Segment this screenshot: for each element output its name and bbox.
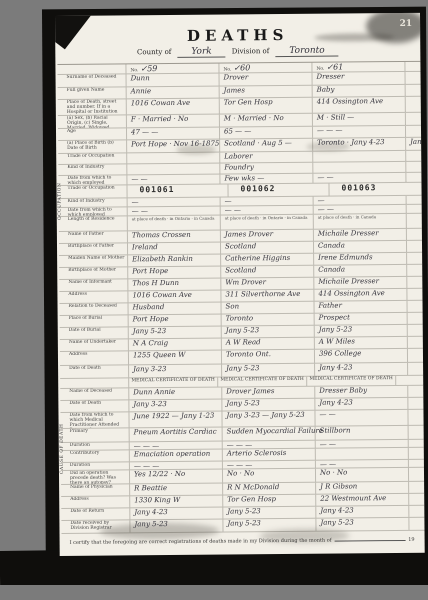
- row-label-trade1: Trade or Occupation: [58, 153, 126, 164]
- cell-employed2-record1: — —: [127, 207, 220, 216]
- cell-cause-duration1-record4: [408, 440, 425, 447]
- cell-medcert-record4: [395, 376, 425, 385]
- cell-cause-primary-record1: Pneum Aortitis Cardiac: [129, 428, 222, 442]
- row-label-industry1: Kind of Industry: [58, 164, 126, 175]
- footer: I certify that the foregoing are correct…: [60, 534, 425, 556]
- cell-father-record4: [406, 229, 425, 240]
- cell-informant-record4: [406, 277, 424, 288]
- cell-med-date-of-death-record3: Jany 4-23: [314, 398, 407, 410]
- cell-date-of-death-record1: Jany 3-23: [128, 365, 221, 378]
- row-label-burial-place: Place of Burial: [60, 315, 128, 327]
- record-number: 59: [147, 64, 157, 73]
- row-label-attended: Date from which to which Medical Practit…: [60, 412, 128, 428]
- year-suffix: 19: [408, 537, 414, 543]
- cell-operation-autopsy-record2: No · No: [222, 469, 315, 483]
- cell-mother-record2: Catherine Higgins: [220, 254, 313, 266]
- cell-cause-duration1-record1: — — —: [129, 442, 222, 450]
- cell-date-of-death-record2: Jany 5-23: [221, 364, 314, 377]
- cell-physician-address-record2: Tor Gen Hosp: [222, 495, 315, 507]
- cell-place-of-death-record1: 1016 Cowan Ave: [126, 99, 219, 115]
- cell-employed1-record3: — —: [312, 173, 405, 183]
- cell-mother-record1: Elizabeth Rankin: [127, 255, 220, 267]
- row-label-stamp: Trade or Occupation: [58, 185, 126, 198]
- division-label: Division of: [232, 47, 270, 55]
- cell-burial-date-record2: Jany 5-23: [221, 326, 314, 338]
- row-label-med-name: Name of Deceased: [60, 388, 128, 400]
- cell-employed1-record2: Few wks —: [219, 174, 312, 184]
- cell-burial-place-record3: Prospect: [314, 313, 407, 325]
- certify-text: I certify that the foregoing are correct…: [70, 538, 332, 546]
- cell-industry1-record1: [126, 164, 219, 175]
- row-label-cause-duration2: Duration: [61, 462, 129, 470]
- cell-burial-place-record2: Toronto: [221, 314, 314, 326]
- cell-cause-contributory-record3: [315, 448, 408, 460]
- cell-trade1-record3: [312, 151, 405, 162]
- row-label-place-of-death: Place of Death, street and number. If in…: [58, 99, 126, 115]
- cell-cause-primary-record3: Stillborn: [315, 426, 408, 440]
- cell-return-date-record3: Jany 4-23: [315, 506, 408, 518]
- cell-burial-date-record1: Jany 5-23: [128, 327, 221, 339]
- cell-father-birthplace-record3: Canada: [313, 241, 406, 253]
- cell-givenname-record2: James: [219, 86, 312, 98]
- row-label-return-date: Date of Return: [61, 508, 129, 520]
- cell-cause-duration2-record3: — —: [315, 460, 408, 468]
- row-label-birth: (a) Place of Birth (b) Date of Birth: [58, 140, 126, 153]
- cell-trade1-record1: [126, 153, 219, 164]
- cell-stamp-record3: 001063: [328, 183, 424, 196]
- cell-undertaker-address-record2: Toronto Ont.: [221, 350, 314, 364]
- cell-surname-record3: Dresser: [312, 72, 405, 85]
- cell-father-record2: James Drover: [220, 230, 313, 242]
- row-label-medcert: [60, 378, 128, 388]
- row-label-employed2: Date from which to which employed: [59, 207, 127, 216]
- county-label: County of: [137, 48, 171, 56]
- cell-father-birthplace-record2: Scotland: [220, 242, 313, 254]
- cell-informant-address-record1: 1016 Cowan Ave: [127, 291, 220, 303]
- cell-cause-duration1-record2: — — —: [222, 441, 315, 449]
- cell-physician-address-record4: [408, 494, 425, 505]
- no-label: No.: [130, 68, 138, 73]
- cell-operation-autopsy-record3: No · No: [315, 468, 408, 482]
- cell-physician-address-record3: 22 Westmount Ave: [315, 494, 408, 506]
- cell-recno-record2: No.✓60: [218, 63, 311, 73]
- row-label-date-of-death: Date of Death: [60, 365, 128, 378]
- cell-father-record1: Thomas Crossen: [127, 231, 220, 243]
- cell-age-record1: 47 — —: [126, 128, 219, 140]
- page-title: DEATHS: [55, 25, 420, 46]
- cell-undertaker-address-record4: [407, 349, 425, 362]
- row-label-recno: [57, 64, 125, 74]
- cell-informant-record1: Thos H Dunn: [127, 279, 220, 291]
- cell-burial-place-record4: [407, 313, 425, 324]
- cell-medcert-record3: MEDICAL CERTIFICATE OF DEATH: [306, 376, 395, 386]
- cell-place-of-death-record3: 414 Ossington Ave: [312, 97, 405, 113]
- cell-undertaker-record2: A W Read: [221, 338, 314, 350]
- cell-informant-address-record4: [406, 289, 424, 300]
- cell-med-name-record4: [407, 386, 424, 397]
- row-label-residence: Length of Residence: [59, 216, 127, 231]
- cell-received-date-record3: Jany 5-23: [315, 518, 408, 531]
- cell-employed1-record1: — —: [126, 175, 219, 185]
- cell-cause-duration2-record1: — — —: [129, 462, 222, 470]
- cell-date-of-death-record3: Jany 4-23: [314, 363, 407, 376]
- cell-attended-record4: [407, 410, 424, 425]
- cell-relation-record4: [406, 301, 424, 312]
- cell-operation-autopsy-record4: [408, 468, 425, 481]
- page-header: DEATHS County of York Division of Toront…: [55, 13, 420, 64]
- cell-operation-autopsy-record1: Yes 12/22 · No: [129, 470, 222, 484]
- page-number: 21: [400, 19, 413, 29]
- cell-relation-record3: Father: [314, 301, 407, 313]
- cell-sex-marital-record2: M · Married · No: [219, 114, 312, 127]
- cell-employed2-record2: — —: [220, 206, 313, 215]
- cell-undertaker-address-record3: 396 College: [314, 349, 407, 363]
- form-row-received-date: Date received by Division RegistrarJany …: [61, 518, 424, 534]
- cell-undertaker-address-record1: 1255 Queen W: [128, 351, 221, 365]
- cell-birth-record1: Port Hope · Nov 16-1875: [126, 140, 219, 153]
- side-label-cause: CAUSE OF DEATH: [60, 424, 65, 474]
- row-label-burial-date: Date of Burial: [60, 327, 128, 339]
- row-label-physician: Name of Physician: [61, 484, 129, 496]
- row-label-industry2: Kind of Industry: [59, 198, 127, 207]
- cell-relation-record2: Son: [221, 302, 314, 314]
- cell-mother-birthplace-record3: Canada: [313, 265, 406, 277]
- blank-line: [335, 534, 406, 542]
- cell-industry2-record3: —: [313, 196, 406, 205]
- no-label: No.: [316, 67, 324, 72]
- row-label-father-birthplace: Birthplace of Father: [59, 243, 127, 255]
- cell-father-record3: Michaile Dresser: [313, 229, 406, 241]
- row-label-received-date: Date received by Division Registrar: [61, 520, 129, 533]
- cell-physician-record1: R Beattie: [129, 484, 222, 496]
- cell-physician-record2: R N McDonald: [222, 483, 315, 495]
- cell-physician-address-record1: 1330 King W: [129, 496, 222, 508]
- row-label-physician-address: Address: [61, 496, 129, 508]
- cell-informant-record2: Wm Drover: [220, 278, 313, 290]
- cell-return-date-record4: [408, 506, 424, 517]
- row-label-cause-contributory: Contributory: [61, 450, 129, 462]
- cell-informant-address-record2: 311 Silverthorne Ave: [220, 290, 313, 302]
- cell-physician-record3: J R Gibson: [315, 482, 408, 494]
- certification-line: I certify that the foregoing are correct…: [70, 534, 415, 546]
- cell-mother-record3: Irene Edmunds: [313, 253, 406, 265]
- cell-sex-marital-record3: M · Still —: [312, 113, 405, 126]
- row-label-undertaker-address: Address: [60, 351, 128, 365]
- cell-birth-record2: Scotland · Aug 5 —: [219, 139, 312, 152]
- cell-attended-record2: Jany 3-23 — Jany 5-23: [221, 411, 314, 427]
- row-label-cause-primary: Primary: [61, 428, 129, 442]
- form-rows: No.✓59No.✓60No.✓61Surname of DeceasedDun…: [57, 61, 424, 534]
- cell-cause-duration1-record3: — —: [315, 440, 408, 448]
- cell-med-name-record3: Dresser Baby: [314, 386, 407, 398]
- cell-cause-primary-record4: [408, 426, 425, 439]
- cell-med-date-of-death-record1: Jany 3-23: [128, 400, 221, 412]
- side-label-occupation: OCCUPATION: [57, 183, 62, 220]
- cell-medcert-record1: MEDICAL CERTIFICATE OF DEATH: [128, 378, 217, 388]
- cell-medcert-record2: MEDICAL CERTIFICATE OF DEATH: [217, 377, 306, 387]
- row-label-operation-autopsy: Did an operation precede death? Was ther…: [61, 470, 129, 484]
- row-label-mother-birthplace: Birthplace of Mother: [59, 267, 127, 279]
- row-label-father: Name of Father: [59, 231, 127, 243]
- cell-industry2-record1: —: [127, 198, 220, 207]
- cell-cause-contributory-record4: [408, 448, 425, 459]
- county-division-line: County of York Division of Toronto: [55, 45, 420, 59]
- cell-attended-record3: — —: [314, 410, 407, 426]
- row-label-givenname: Full given Name: [58, 87, 126, 99]
- cell-med-date-of-death-record2: Jany 5-23: [221, 399, 314, 411]
- cell-undertaker-record3: A W Miles: [314, 337, 407, 349]
- cell-mother-birthplace-record2: Scotland: [220, 266, 313, 278]
- cell-givenname-record1: Annie: [126, 87, 219, 99]
- cell-residence-record3: at place of death · in Canada: [313, 214, 406, 229]
- cell-date-of-death-record4: [407, 363, 425, 375]
- cell-cause-duration2-record2: — — —: [222, 461, 315, 469]
- cell-cause-contributory-record1: Emaciation operation: [129, 450, 222, 462]
- cell-undertaker-record4: [407, 337, 425, 348]
- cell-med-name-record1: Dunn Annie: [128, 388, 221, 400]
- cell-birth-record3: Toronto · Jany 4-23: [312, 138, 405, 151]
- photo-margin-bottom: [0, 585, 428, 600]
- row-label-relation: Relation to Deceased: [60, 303, 128, 315]
- row-label-informant: Name of Informant: [59, 279, 127, 291]
- register-page: 21 DEATHS County of York Division of Tor…: [55, 13, 425, 556]
- cell-mother-birthplace-record1: Port Hope: [127, 267, 220, 279]
- cell-employed2-record3: — —: [313, 205, 406, 214]
- cell-informant-record3: Michaile Dresser: [313, 277, 406, 289]
- cell-attended-record1: June 1922 — Jany 1-23: [128, 412, 221, 428]
- cell-cause-contributory-record2: Arterio Sclerosis: [222, 449, 315, 461]
- cell-received-date-record1: Jany 5-23: [129, 520, 222, 533]
- record-number: 61: [333, 62, 343, 71]
- cell-cause-primary-record2: Sudden Myocardial Failure: [222, 427, 315, 441]
- cell-age-record2: 65 — —: [219, 127, 312, 139]
- cell-place-of-death-record2: Tor Gen Hosp: [219, 98, 312, 114]
- cell-recno-record3: No.✓61: [311, 62, 404, 72]
- cell-received-date-record4: [408, 518, 424, 530]
- row-label-informant-address: Address: [59, 291, 127, 303]
- cell-informant-address-record3: 414 Ossington Ave: [313, 289, 406, 301]
- cell-undertaker-record1: N A Craig: [128, 339, 221, 351]
- cell-burial-date-record3: Jany 5-23: [314, 325, 407, 337]
- cell-stamp-record1: 001061: [126, 185, 227, 198]
- cell-father-birthplace-record1: Ireland: [127, 243, 220, 255]
- row-label-undertaker: Name of Undertaker: [60, 339, 128, 351]
- cell-burial-place-record1: Port Hope: [128, 315, 221, 327]
- cell-age-record3: — — —: [312, 126, 405, 138]
- cell-industry1-record3: [312, 162, 405, 173]
- cell-relation-record1: Husband: [128, 303, 221, 315]
- cell-sex-marital-record1: F · Married · No: [126, 115, 219, 128]
- cell-mother-record4: [406, 253, 425, 264]
- no-label: No.: [223, 67, 231, 72]
- row-label-surname: Surname of Deceased: [58, 74, 126, 87]
- cell-residence-record1: at place of death · in Ontario · in Cana…: [127, 216, 220, 231]
- cell-return-date-record1: Jany 4-23: [129, 508, 222, 520]
- cell-trade1-record2: Laborer: [219, 152, 312, 163]
- cell-return-date-record2: Jany 5-23: [222, 507, 315, 519]
- cell-physician-record4: [408, 482, 425, 493]
- cell-father-birthplace-record4: [406, 241, 425, 252]
- cell-givenname-record3: Baby: [312, 85, 405, 97]
- cell-cause-duration2-record4: [408, 460, 425, 467]
- cell-received-date-record2: Jany 5-23: [222, 519, 315, 532]
- cell-recno-record1: No.✓59: [125, 64, 218, 74]
- cell-surname-record2: Drover: [219, 73, 312, 86]
- row-label-age: Age: [58, 128, 126, 140]
- record-number: 60: [240, 63, 250, 72]
- cell-stamp-record2: 001062: [227, 184, 328, 197]
- cell-industry1-record2: Foundry: [219, 163, 312, 174]
- cell-med-date-of-death-record4: [407, 398, 424, 409]
- division-value: Toronto: [275, 46, 338, 58]
- cell-burial-date-record4: [407, 325, 425, 336]
- row-label-mother: Maiden Name of Mother: [59, 255, 127, 267]
- row-label-med-date-of-death: Date of Death: [60, 400, 128, 412]
- cell-industry2-record2: —: [220, 197, 313, 206]
- cell-residence-record2: at place of death · in Ontario · in Cana…: [220, 215, 313, 230]
- row-label-employed1: Date from which to which employed: [58, 175, 126, 185]
- row-label-sex-marital: (a) Sex, (b) Racial Origin, (c) Single, …: [58, 115, 126, 128]
- county-value: York: [177, 47, 225, 58]
- row-label-cause-duration1: Duration: [61, 442, 129, 450]
- cell-surname-record1: Dunn: [126, 74, 219, 87]
- cell-med-name-record2: Drover James: [221, 387, 314, 399]
- cell-mother-birthplace-record4: [406, 265, 425, 276]
